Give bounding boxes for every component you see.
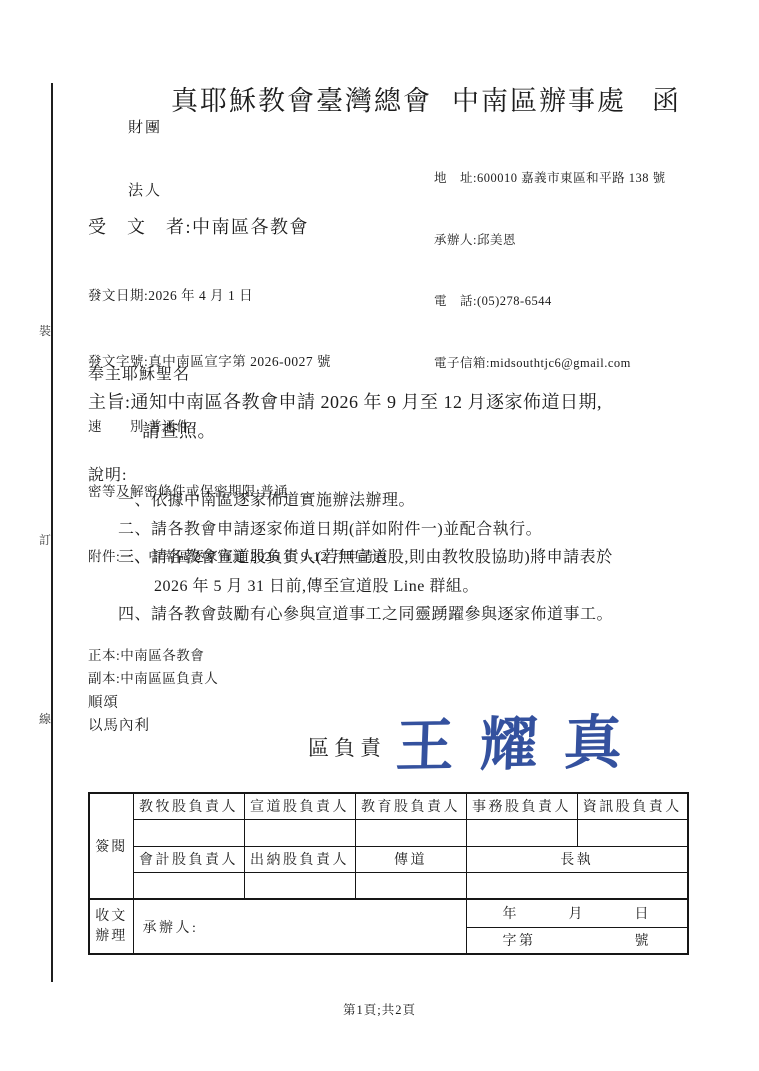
binding-mark-xian: 線 [36,710,54,727]
subject-text: 通知中南區各教會申請 2026 年 9 月至 12 月逐家佈道日期, 請查照。 [131,392,603,441]
table-header-it: 資訊股負責人 [577,793,688,819]
sign-cell-empty [244,872,355,899]
table-header-cashier: 出納股負責人 [244,846,355,872]
sign-off-table: 簽閱 教牧股負責人 宣道股負責人 教育股負責人 事務股負責人 資訊股負責人 會計… [88,792,689,955]
item-number: 一、 [118,492,151,509]
item-number: 四、 [118,606,151,623]
table-header-evangelism: 宣道股負責人 [244,793,355,819]
contact-email: 電子信箱:midsouthtjc6@gmail.com [434,353,666,374]
recipient-line: 受 文 者:中南區各教會 [88,213,309,239]
item-text: 請各教會鼓勵有心參與宣道事工之同靈踴躍參與逐家佈道事工。 [151,606,613,623]
sign-cell-empty [355,872,466,899]
contact-phone: 電 話:(05)278-6544 [434,291,666,312]
description-item-1: 一、依據中南區逐家佈道實施辦法辦理。 [118,487,690,516]
table-header-elders-deacons: 長執 [466,846,688,872]
sign-section-label: 簽閱 [89,793,133,899]
item-text: 請各教會宣道股負責人(若無宣道股,則由教牧股協助)將申請表於 2026 年 5 … [151,549,613,595]
sign-cell-empty [355,819,466,846]
title-doc-type: 函 [652,86,681,116]
meta-issue-date: 發文日期:2026 年 4 月 1 日 [88,285,388,307]
copy-original: 正本:中南區各教會 [88,645,218,668]
description-item-2: 二、請各教會申請逐家佈道日期(詳如附件一)並配合執行。 [118,516,690,545]
receive-label-top: 收文 [90,907,133,927]
closing-line-1: 順頌 [88,692,150,715]
letter-page: 裝 訂 線 財團 法人 真耶穌教會臺灣總會中南區辦事處函 地 址:600010 … [0,0,759,1071]
subject-block: 主旨:通知中南區各教會申請 2026 年 9 月至 12 月逐家佈道日期, 請查… [88,388,727,445]
ref-fill-cell: 字第 號 [466,927,688,954]
description-label: 說明: [88,462,127,485]
page-number: 第1頁;共2頁 [0,1000,759,1018]
contact-block: 地 址:600010 嘉義市東區和平路 138 號 承辦人:邱美恩 電 話:(0… [434,127,666,414]
document-title: 真耶穌教會臺灣總會中南區辦事處函 [171,79,681,118]
contact-person: 承辦人:邱美恩 [434,230,666,251]
receive-label-bottom: 辦理 [90,927,133,947]
salutation: 奉主耶穌聖名 [88,361,190,384]
table-header-preacher: 傳道 [355,846,466,872]
handler-cell: 承辦人: [133,899,466,954]
description-item-3: 三、請各教會宣道股負責人(若無宣道股,則由教牧股協助)將申請表於 2026 年 … [118,544,690,601]
signature-stamp: 王耀真 [395,695,650,783]
item-text: 依據中南區逐家佈道實施辦法辦理。 [151,492,415,509]
description-item-4: 四、請各教會鼓勵有心參與宣道事工之同靈踴躍參與逐家佈道事工。 [118,601,690,630]
copy-cc: 副本:中南區區負責人 [88,668,218,691]
receive-section-label: 收文 辦理 [89,899,133,954]
title-office: 中南區辦事處 [452,86,626,116]
sign-cell-empty [244,819,355,846]
item-number: 二、 [118,521,151,538]
sign-cell-empty [133,819,244,846]
subject-label: 主旨: [88,392,131,412]
date-fill-cell: 年 月 日 [466,899,688,927]
binding-mark-ding: 訂 [36,531,54,548]
closing-block: 順頌 以馬內利 [88,692,150,738]
table-header-affairs: 事務股負責人 [466,793,577,819]
sign-cell-empty [466,819,577,846]
item-text: 請各教會申請逐家佈道日期(詳如附件一)並配合執行。 [151,521,542,538]
description-items: 一、依據中南區逐家佈道實施辦法辦理。 二、請各教會申請逐家佈道日期(詳如附件一)… [118,487,690,630]
binding-mark-zhuang: 裝 [36,322,54,339]
signature-role-label: 區負責 [308,732,386,762]
sign-cell-empty [133,872,244,899]
copies-block: 正本:中南區各教會 副本:中南區區負責人 [88,645,218,690]
item-number: 三、 [118,549,151,566]
org-type-top: 財團 [128,118,162,139]
org-type-bottom: 法人 [128,181,162,202]
table-header-pastoral: 教牧股負責人 [133,793,244,819]
table-header-education: 教育股負責人 [355,793,466,819]
table-header-accounting: 會計股負責人 [133,846,244,872]
sign-cell-empty [577,819,688,846]
sign-cell-empty [466,872,688,899]
closing-line-2: 以馬內利 [88,715,150,738]
contact-address: 地 址:600010 嘉義市東區和平路 138 號 [434,168,666,189]
title-main: 真耶穌教會臺灣總會 [171,86,432,116]
